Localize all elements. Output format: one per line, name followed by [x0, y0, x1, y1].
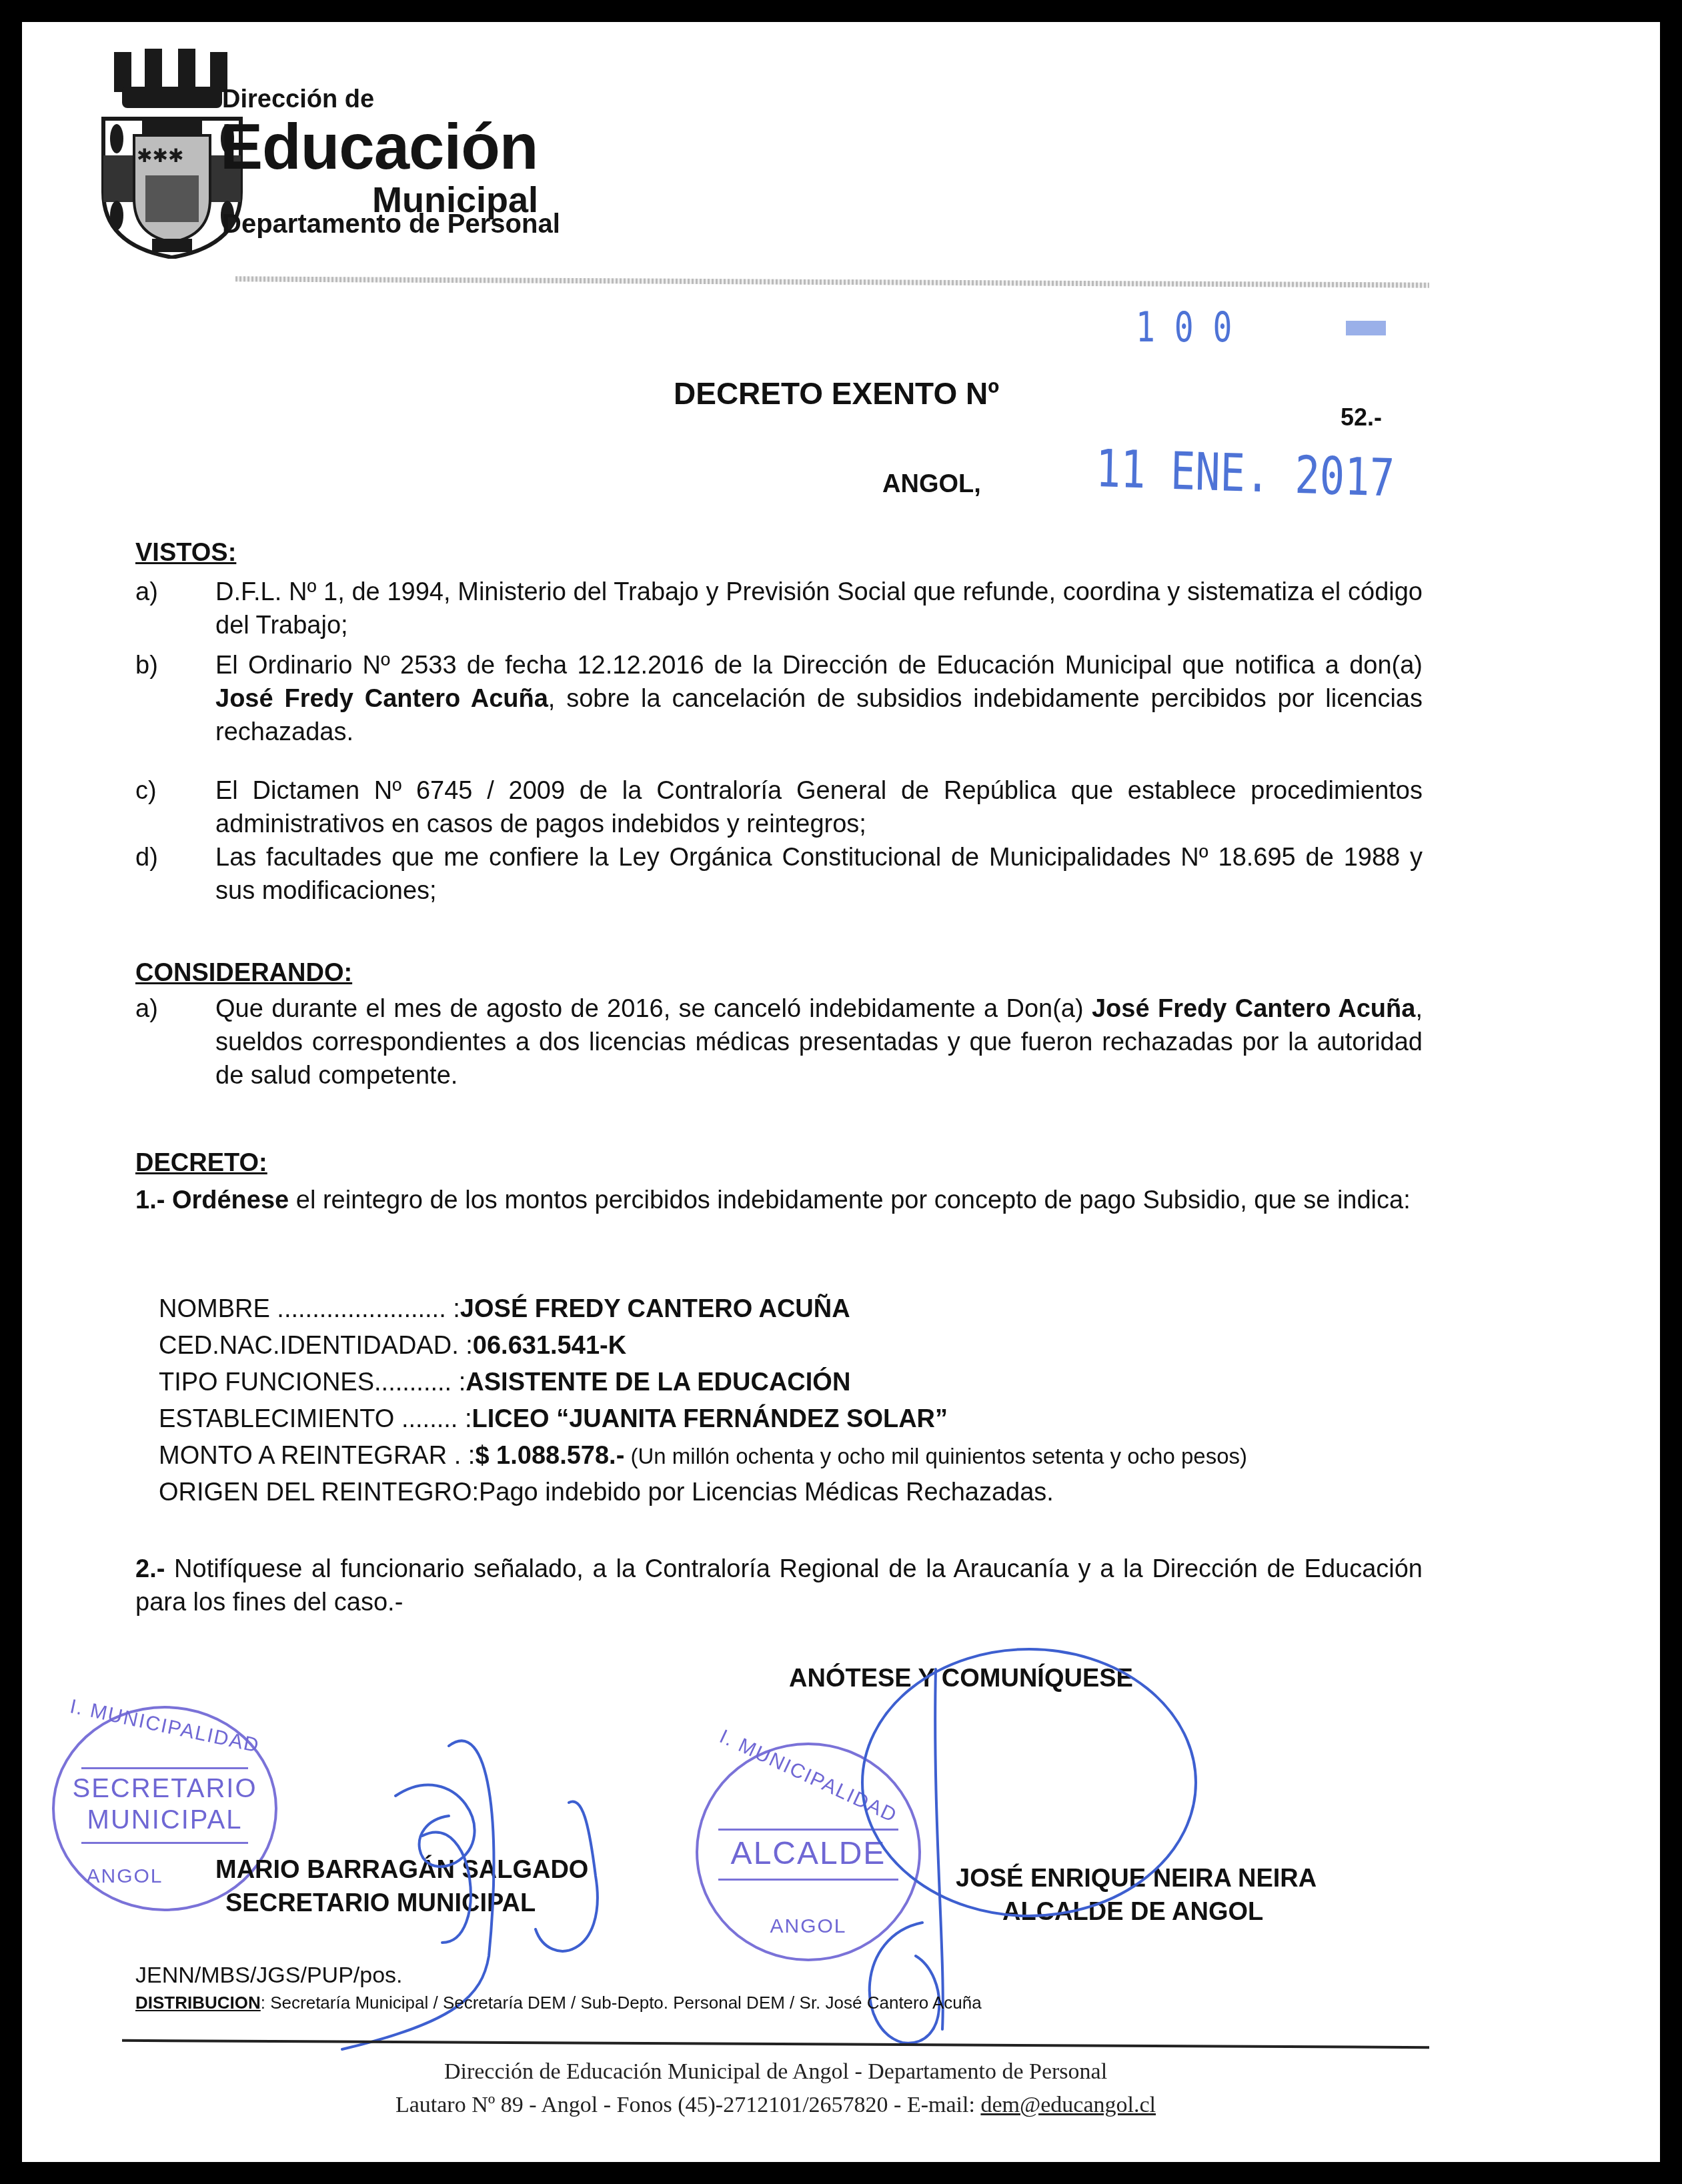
footer-email-link[interactable]: dem@educangol.cl	[980, 2093, 1156, 2117]
initials: JENN/MBS/JGS/PUP/pos.	[135, 1963, 403, 1989]
left-signatory-role: SECRETARIO MUNICIPAL	[225, 1887, 536, 1919]
date-stamp: 11 ENE. 2017	[1095, 438, 1395, 509]
decree-number: 52.-	[1341, 403, 1382, 431]
vistos-item-a: a) D.F.L. Nº 1, de 1994, Ministerio del …	[135, 576, 1423, 642]
field-nombre: NOMBRE ........................ : JOSÉ F…	[159, 1292, 850, 1326]
decreto-point-1: 1.- Ordénese el reintegro de los montos …	[135, 1184, 1423, 1217]
field-tipo-funciones: TIPO FUNCIONES........... : ASISTENTE DE…	[159, 1366, 850, 1399]
distribution-list: DISTRIBUCION: Secretaría Municipal / Sec…	[135, 1993, 982, 2013]
decree-title: DECRETO EXENTO Nº	[674, 375, 999, 411]
footer-line1: Dirección de Educación Municipal de Ango…	[122, 2059, 1429, 2085]
svg-text:✱✱✱: ✱✱✱	[137, 145, 183, 167]
vistos-item-b: b) El Ordinario Nº 2533 de fecha 12.12.2…	[135, 649, 1423, 749]
header-line1: Dirección de	[222, 85, 374, 114]
vistos-heading: VISTOS:	[135, 539, 236, 568]
considerando-item-a: a) Que durante el mes de agosto de 2016,…	[135, 992, 1423, 1092]
header-title: Educación	[220, 115, 538, 179]
header-subtitle: Departamento de Personal	[222, 211, 560, 237]
considerando-heading: CONSIDERANDO:	[135, 959, 352, 988]
decreto-heading: DECRETO:	[135, 1149, 267, 1178]
right-signatory-name: JOSÉ ENRIQUE NEIRA NEIRA	[956, 1863, 1317, 1895]
right-signatory-role: ALCALDE DE ANGOL	[1002, 1896, 1263, 1928]
document-page: ✱✱✱ Dirección de Educación Municipal Dep…	[22, 22, 1660, 2162]
vistos-item-c: c) El Dictamen Nº 6745 / 2009 de la Cont…	[135, 774, 1423, 841]
header-separator	[235, 276, 1429, 287]
field-cedula: CED.NAC.IDENTIDADAD. : 06.631.541-K	[159, 1329, 626, 1362]
closing-text: ANÓTESE Y COMUNÍQUESE	[789, 1663, 1133, 1695]
footer-line2: Lautaro Nº 89 - Angol - Fonos (45)-27121…	[122, 2093, 1429, 2118]
footer-rule	[122, 2039, 1429, 2049]
field-monto: MONTO A REINTEGRAR . : $ 1.088.578.- (Un…	[159, 1439, 1247, 1473]
decree-place: ANGOL,	[882, 470, 981, 499]
registry-stamp-number: 1 0 0	[1136, 303, 1232, 352]
field-establecimiento: ESTABLECIMIENTO ........ : LICEO “JUANIT…	[159, 1402, 948, 1436]
decreto-point-2: 2.- Notifíquese al funcionario señalado,…	[135, 1552, 1423, 1619]
left-signatory-name: MARIO BARRAGÁN SALGADO	[215, 1854, 588, 1886]
stamp-fragment	[1346, 321, 1386, 335]
field-origen: ORIGEN DEL REINTEGRO: Pago indebido por …	[159, 1476, 1054, 1509]
alcalde-seal: I. MUNICIPALIDAD ALCALDE ANGOL	[696, 1743, 921, 1961]
vistos-item-d: d) Las facultades que me confiere la Ley…	[135, 841, 1423, 908]
